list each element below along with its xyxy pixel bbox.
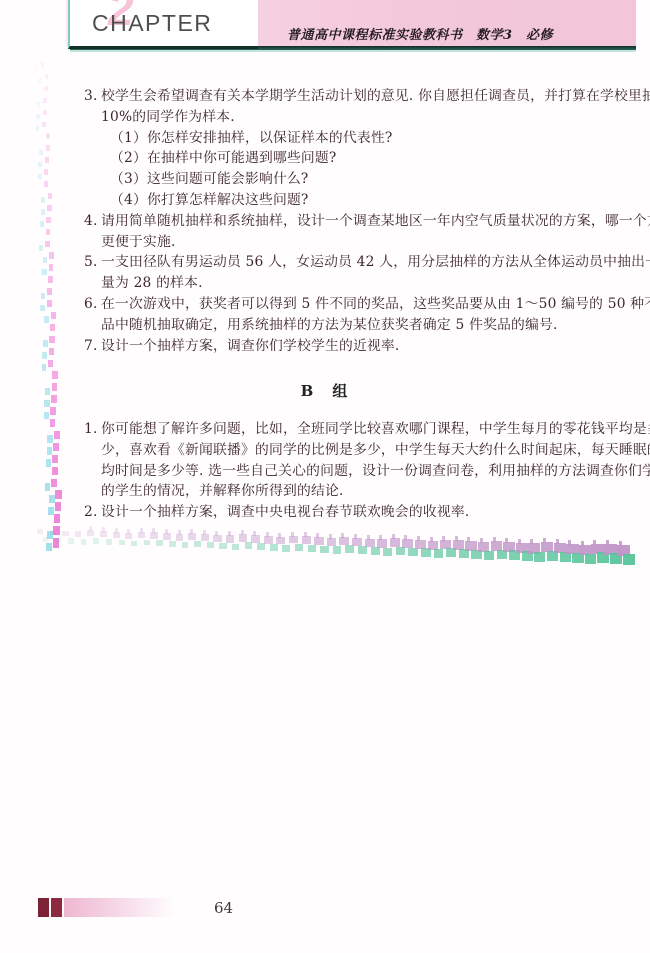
book-title: 普通高中课程标准实验教科书 数学3 必修 [270,24,570,43]
item-text: 一支田径队有男运动员 56 人，女运动员 42 人，用分层抽样的方法从全体运动员… [101,254,650,270]
exercise-line: 6.在一次游戏中，获奖者可以得到 5 件不同的奖品，这些奖品要从由 1～50 编… [84,294,624,315]
item-number: 5. [84,252,101,273]
exercise-subline: （4）你打算怎样解决这些问题? [84,190,624,211]
item-text: 设计一个抽样方案，调查你们学校学生的近视率. [101,338,400,354]
exercise-line: 量为 28 的样本. [84,273,624,294]
exercise-line: 的学生的情况，并解释你所得到的结论. [84,481,624,502]
item-text: 校学生会希望调查有关本学期学生活动计划的意见. 你自愿担任调查员，并打算在学校里… [101,88,650,104]
exercise-line: 7.设计一个抽样方案，调查你们学校学生的近视率. [84,336,624,357]
section-b-exercises: 1.你可能想了解许多问题，比如，全班同学比较喜欢哪门课程，中学生每月的零花钱平均… [84,419,624,523]
item-number: 2. [84,502,101,523]
exercise-line: 品中随机抽取确定，用系统抽样的方法为某位获奖者确定 5 件奖品的编号. [84,315,624,336]
footer-accent-square [38,898,49,917]
exercise-line: 少，喜欢看《新闻联播》的同学的比例是多少，中学生每天大约什么时间起床，每天睡眠的… [84,440,624,461]
textbook-page: 2 CHAPTER 普通高中课程标准实验教科书 数学3 必修 3.校学生会希望调… [0,0,650,953]
exercise-subline: （2）在抽样中你可能遇到哪些问题? [84,148,624,169]
exercise-line: 10%的同学作为样本. [84,107,624,128]
item-text: 设计一个抽样方案，调查中央电视台春节联欢晚会的收视率. [101,504,470,520]
exercise-line: 1.你可能想了解许多问题，比如，全班同学比较喜欢哪门课程，中学生每月的零花钱平均… [84,419,624,440]
item-text: 请用简单随机抽样和系统抽样，设计一个调查某地区一年内空气质量状况的方案，哪一个方… [101,213,650,229]
page-number: 64 [214,899,233,917]
footer-accent-square [51,898,62,917]
chapter-label: CHAPTER [92,0,258,46]
item-number: 1. [84,419,101,440]
item-text: 在一次游戏中，获奖者可以得到 5 件不同的奖品，这些奖品要从由 1～50 编号的… [101,296,650,312]
item-number: 3. [84,86,101,107]
exercise-line: 更便于实施. [84,232,624,253]
exercise-line: 4.请用简单随机抽样和系统抽样，设计一个调查某地区一年内空气质量状况的方案，哪一… [84,211,624,232]
item-number: 4. [84,211,101,232]
section-a-exercises: 3.校学生会希望调查有关本学期学生活动计划的意见. 你自愿担任调查员，并打算在学… [84,86,624,356]
exercise-line: 5.一支田径队有男运动员 56 人，女运动员 42 人，用分层抽样的方法从全体运… [84,252,624,273]
section-b-title: B 组 [0,380,650,402]
exercise-line: 3.校学生会希望调查有关本学期学生活动计划的意见. 你自愿担任调查员，并打算在学… [84,86,624,107]
item-text: 你可能想了解许多问题，比如，全班同学比较喜欢哪门课程，中学生每月的零花钱平均是多 [101,421,650,437]
exercise-subline: （3）这些问题可能会影响什么? [84,169,624,190]
exercise-subline: （1）你怎样安排抽样，以保证样本的代表性? [84,128,624,149]
exercise-line: 2.设计一个抽样方案，调查中央电视台春节联欢晚会的收视率. [84,502,624,523]
header-shadow-glow [70,50,636,52]
exercise-line: 均时间是多少等. 选一些自己关心的问题，设计一份调查问卷，利用抽样的方法调查你们… [84,461,624,482]
item-number: 6. [84,294,101,315]
chapter-box: 2 CHAPTER [68,0,258,49]
footer-accent-strip [64,898,174,917]
item-number: 7. [84,336,101,357]
